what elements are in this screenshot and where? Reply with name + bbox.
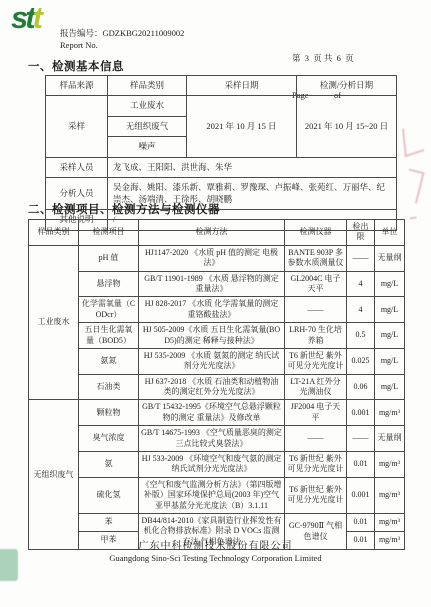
table-cell: 臭气浓度 [79,426,139,452]
handwriting-mark-icon [408,208,416,220]
table-cell: 4 [347,297,375,323]
green-stamp-mark [0,549,18,581]
table-cell: 4 [347,271,375,297]
table-cell: mg/L [375,374,405,400]
report-number-cn: 报告编号：GDZKBG20211009002 [60,27,184,39]
table-row: 臭气浓度GB/T 14675-1993 《空气质量恶臭的测定 三点比较式臭袋法》… [29,426,405,452]
table-cell: HJ 535-2009 《水质 氨氮的测定 纳氏试剂分光光度法》 [139,348,285,374]
table-cell: 氨氮 [79,348,139,374]
table-cell: T6 新世纪 紫外可见分光光度计 [285,477,347,513]
table-cell: T6 新世纪 紫外可见分光光度计 [285,452,347,478]
report-number-block: 报告编号：GDZKBG20211009002 Report No. [60,27,184,52]
table-cell: HJ 533-2009 《环境空气和废气氨的测定 纳氏试剂分光光度法》 [139,452,285,478]
company-logo: stt [11,2,40,33]
table-row: 石油类HJ 637-2018 《水质 石油类和动植物油类的测定红外分光光度法》L… [29,374,405,400]
table-cell: —— [285,426,347,452]
column-header: 检测项目 [79,220,139,246]
table-cell: mg/L [375,348,405,374]
table-cell: 《空气和废气监测分析方法》（第四版增补版）国家环境保护总局(2003 年)空气亚… [139,477,285,513]
column-header: 样品来源 [46,76,108,96]
table-cell: 硫化氢 [79,477,139,513]
table-cell: mg/L [375,323,405,349]
table-cell: 0.06 [347,374,375,400]
table-cell: HJ 505-2009《水质 五日生化需氧量(BOD5)的测定 稀释与接种法》 [139,323,285,349]
column-header: 检测方法 [139,220,285,246]
table-cell: GB/T 15432-1995《环境空气总悬浮颗粒物的测定 重量法》及修改单 [139,400,285,426]
section1-title: 一、检测基本信息 [28,58,124,74]
column-header: 样品类别 [108,76,187,96]
table-cell: 氨 [79,452,139,478]
table-cell: 0.01 [347,452,375,478]
table-cell: mg/m³ [375,477,405,513]
table-cell: GB/T 14675-1993 《空气质量恶臭的测定 三点比较式臭袋法》 [139,426,285,452]
table-cell: LT-21A 红外分光测油仪 [285,374,347,400]
table-cell: 石油类 [79,374,139,400]
table-cell: 五日生化需氧量（BOD5） [79,323,139,349]
cell-label-samplers: 采样人员 [46,157,108,177]
table-cell: 0.01 [347,513,375,531]
table-cell: 无量纲 [375,426,405,452]
table-cell: BANTE 903P 多参数水质测量仪 [285,245,347,271]
table-cell: mg/L [375,297,405,323]
logo-text-green: st [11,0,33,35]
table-cell: 0.001 [347,477,375,513]
table-cell: 无量纲 [375,245,405,271]
footer-company-en: Guangdong Sino-Sci Testing Technology Co… [0,553,431,563]
report-number-en: Report No. [60,39,184,51]
column-header: 采样日期 [187,76,297,96]
footer-company-cn: 广东中科检测技术股份有限公司 [0,537,431,552]
table-cell: GB/T 11901-1989 《水质 悬浮物的测定 重量法》 [139,271,285,297]
cell-analysis-date: 2021 年 10 月 15~20 日 [297,96,397,157]
table-row: 氨HJ 533-2009 《环境空气和废气氨的测定 纳氏试剂分光光度法》T6 新… [29,452,405,478]
table-row: 采样工业废水2021 年 10 月 15 日2021 年 10 月 15~20 … [46,96,397,116]
column-header: 检出限 [347,220,375,246]
table-cell: 苯 [79,513,139,531]
table-row: 无组织废气颗粒物GB/T 15432-1995《环境空气总悬浮颗粒物的测定 重量… [29,400,405,426]
table-row: 氨氮HJ 535-2009 《水质 氨氮的测定 纳氏试剂分光光度法》T6 新世纪… [29,348,405,374]
cell-sampling-date: 2021 年 10 月 15 日 [187,96,297,157]
table-cell: T6 新世纪 紫外可见分光光度计 [285,348,347,374]
handwriting-mark-icon [401,169,424,204]
handwriting-mark-icon [402,123,424,158]
table-cell: JF2004 电子天平 [285,400,347,426]
table-cell: HJ1147-2020 《水质 pH 值的测定 电极法》 [139,245,285,271]
column-header: 检测/分析日期 [297,76,397,96]
cell-category: 无组织废气 [29,400,79,550]
cell-category: 工业废水 [29,245,79,400]
table-cell: —— [285,297,347,323]
cell-samplers: 龙飞成、王阳阳、洪世海、朱华 [108,157,397,177]
logo-text-yellow: t [33,0,40,35]
table-cell: 0.025 [347,348,375,374]
table-row: 采样人员龙飞成、王阳阳、洪世海、朱华 [46,157,397,177]
cell-sample-source: 采样 [46,96,108,157]
table-row: 悬浮物GB/T 11901-1989 《水质 悬浮物的测定 重量法》GL2004… [29,271,405,297]
table-cell: mg/m³ [375,400,405,426]
cell-sample-type: 噪声 [108,137,187,157]
test-items-table: 样品类别检测项目检测方法检测仪器检出限单位工业废水pH 值HJ1147-2020… [28,219,405,550]
table-cell: —— [347,245,375,271]
column-header: 单位 [375,220,405,246]
footer-company-block: 广东中科检测技术股份有限公司 Guangdong Sino-Sci Testin… [0,537,431,563]
page-number-cn: 第 3 页 共 6 页 [292,52,354,64]
table-cell: 化学需氧量（CODcr） [79,297,139,323]
table-cell: mg/m³ [375,513,405,531]
column-header: 检测仪器 [285,220,347,246]
table-cell: mg/m³ [375,452,405,478]
table-cell: HJ 828-2017 《水质 化学需氧量的测定 重铬酸盐法》 [139,297,285,323]
table-cell: LRH-70 生化培养箱 [285,323,347,349]
table-cell: HJ 637-2018 《水质 石油类和动植物油类的测定红外分光光度法》 [139,374,285,400]
report-page: stt 报告编号：GDZKBG20211009002 Report No. 第 … [0,0,431,607]
column-header: 样品类别 [29,220,79,246]
cell-sample-type: 工业废水 [108,96,187,116]
table-cell: 悬浮物 [79,271,139,297]
table-row: 苯DB44/814-2010《家具制造行业挥发性有机化合物排放标准》附录 D V… [29,513,405,531]
table-cell: 0.001 [347,400,375,426]
cell-sample-type: 无组织废气 [108,116,187,136]
table-row: 工业废水pH 值HJ1147-2020 《水质 pH 值的测定 电极法》BANT… [29,245,405,271]
table-cell: pH 值 [79,245,139,271]
table-cell: 颗粒物 [79,400,139,426]
table-row: 硫化氢《空气和废气监测分析方法》（第四版增补版）国家环境保护总局(2003 年)… [29,477,405,513]
table-cell: mg/L [375,271,405,297]
table-cell: —— [347,426,375,452]
table-row: 化学需氧量（CODcr）HJ 828-2017 《水质 化学需氧量的测定 重铬酸… [29,297,405,323]
table-row: 五日生化需氧量（BOD5）HJ 505-2009《水质 五日生化需氧量(BOD5… [29,323,405,349]
table-cell: GL2004C 电子天平 [285,271,347,297]
section2-title: 二、检测项目、检测方法与检测仪器 [28,201,220,217]
table-cell: 0.5 [347,323,375,349]
